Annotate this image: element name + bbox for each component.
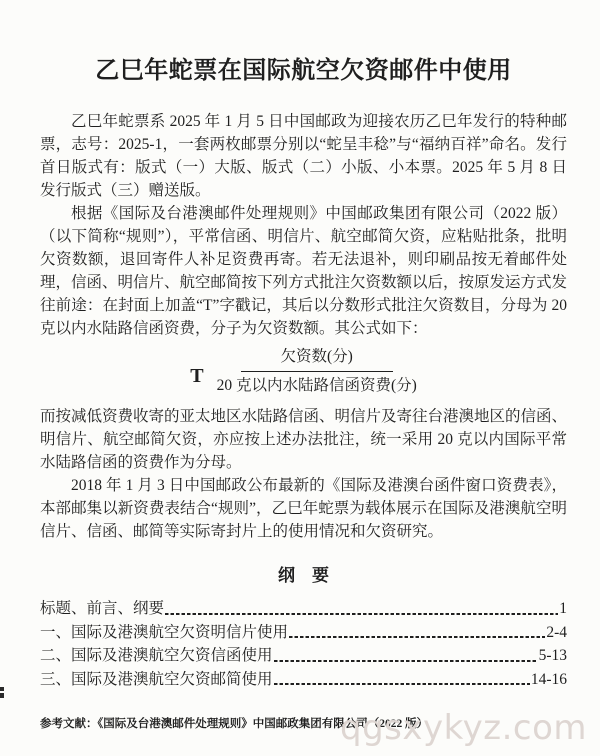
scan-artifact bbox=[0, 687, 4, 698]
outline-item-postcards: 一、国际及港澳航空欠资明信片使用 2-4 bbox=[40, 621, 567, 645]
outline-item-label: 标题、前言、纲要 bbox=[40, 597, 164, 621]
outline-heading: 纲 要 bbox=[40, 564, 567, 588]
formula-denominator: 20 克以内水陆路信函资费(分) bbox=[217, 372, 417, 396]
dash-leader bbox=[289, 636, 545, 638]
outline-item-page: 2-4 bbox=[546, 621, 567, 645]
paragraph-formula-note: 而按减低资费收寄的亚太地区水陆路信函、明信片及寄往台港澳地区的信函、明信片、航空… bbox=[40, 405, 567, 474]
outline-item-page: 5-13 bbox=[539, 644, 567, 668]
document-page: 乙巳年蛇票在国际航空欠资邮件中使用 乙巳年蛇票系 2025 年 1 月 5 日中… bbox=[0, 0, 600, 756]
paragraph-stamp-intro: 乙巳年蛇票系 2025 年 1 月 5 日中国邮政为迎接农历乙巳年发行的特种邮票… bbox=[40, 110, 567, 202]
outline-item-preface: 标题、前言、纲要 1 bbox=[40, 597, 567, 621]
paragraph-postage-rules: 根据《国际及台港澳邮件处理规则》中国邮政集团有限公司（2022 版）（以下简称“… bbox=[40, 202, 567, 340]
outline-item-letters: 二、国际及港澳航空欠资信函使用 5-13 bbox=[40, 644, 567, 668]
outline-item-label: 三、国际及港澳航空欠资邮简使用 bbox=[40, 668, 273, 692]
postage-due-formula: T 欠资数(分) 20 克以内水陆路信函资费(分) bbox=[40, 347, 567, 396]
dash-leader bbox=[165, 613, 558, 615]
dash-leader bbox=[274, 660, 538, 662]
outline-item-page: 1 bbox=[559, 597, 567, 621]
outline-list: 标题、前言、纲要 1 一、国际及港澳航空欠资明信片使用 2-4 二、国际及港澳航… bbox=[40, 597, 567, 691]
watermark: qgsxykyz.com bbox=[340, 708, 587, 748]
paragraph-exhibit-scope: 2018 年 1 月 3 日中国邮政公布最新的《国际及港澳台函件窗口资费表》，本… bbox=[40, 474, 567, 543]
outline-item-page: 14-16 bbox=[531, 668, 567, 692]
outline-item-label: 一、国际及港澳航空欠资明信片使用 bbox=[40, 621, 288, 645]
outline-item-aerogrammes: 三、国际及港澳航空欠资邮简使用 14-16 bbox=[40, 668, 567, 692]
page-title: 乙巳年蛇票在国际航空欠资邮件中使用 bbox=[40, 54, 567, 88]
formula-t-symbol: T bbox=[190, 365, 203, 388]
formula-fraction: 欠资数(分) 20 克以内水陆路信函资费(分) bbox=[217, 347, 417, 396]
formula-numerator: 欠资数(分) bbox=[241, 347, 393, 372]
dash-leader bbox=[274, 683, 530, 685]
outline-item-label: 二、国际及港澳航空欠资信函使用 bbox=[40, 644, 273, 668]
